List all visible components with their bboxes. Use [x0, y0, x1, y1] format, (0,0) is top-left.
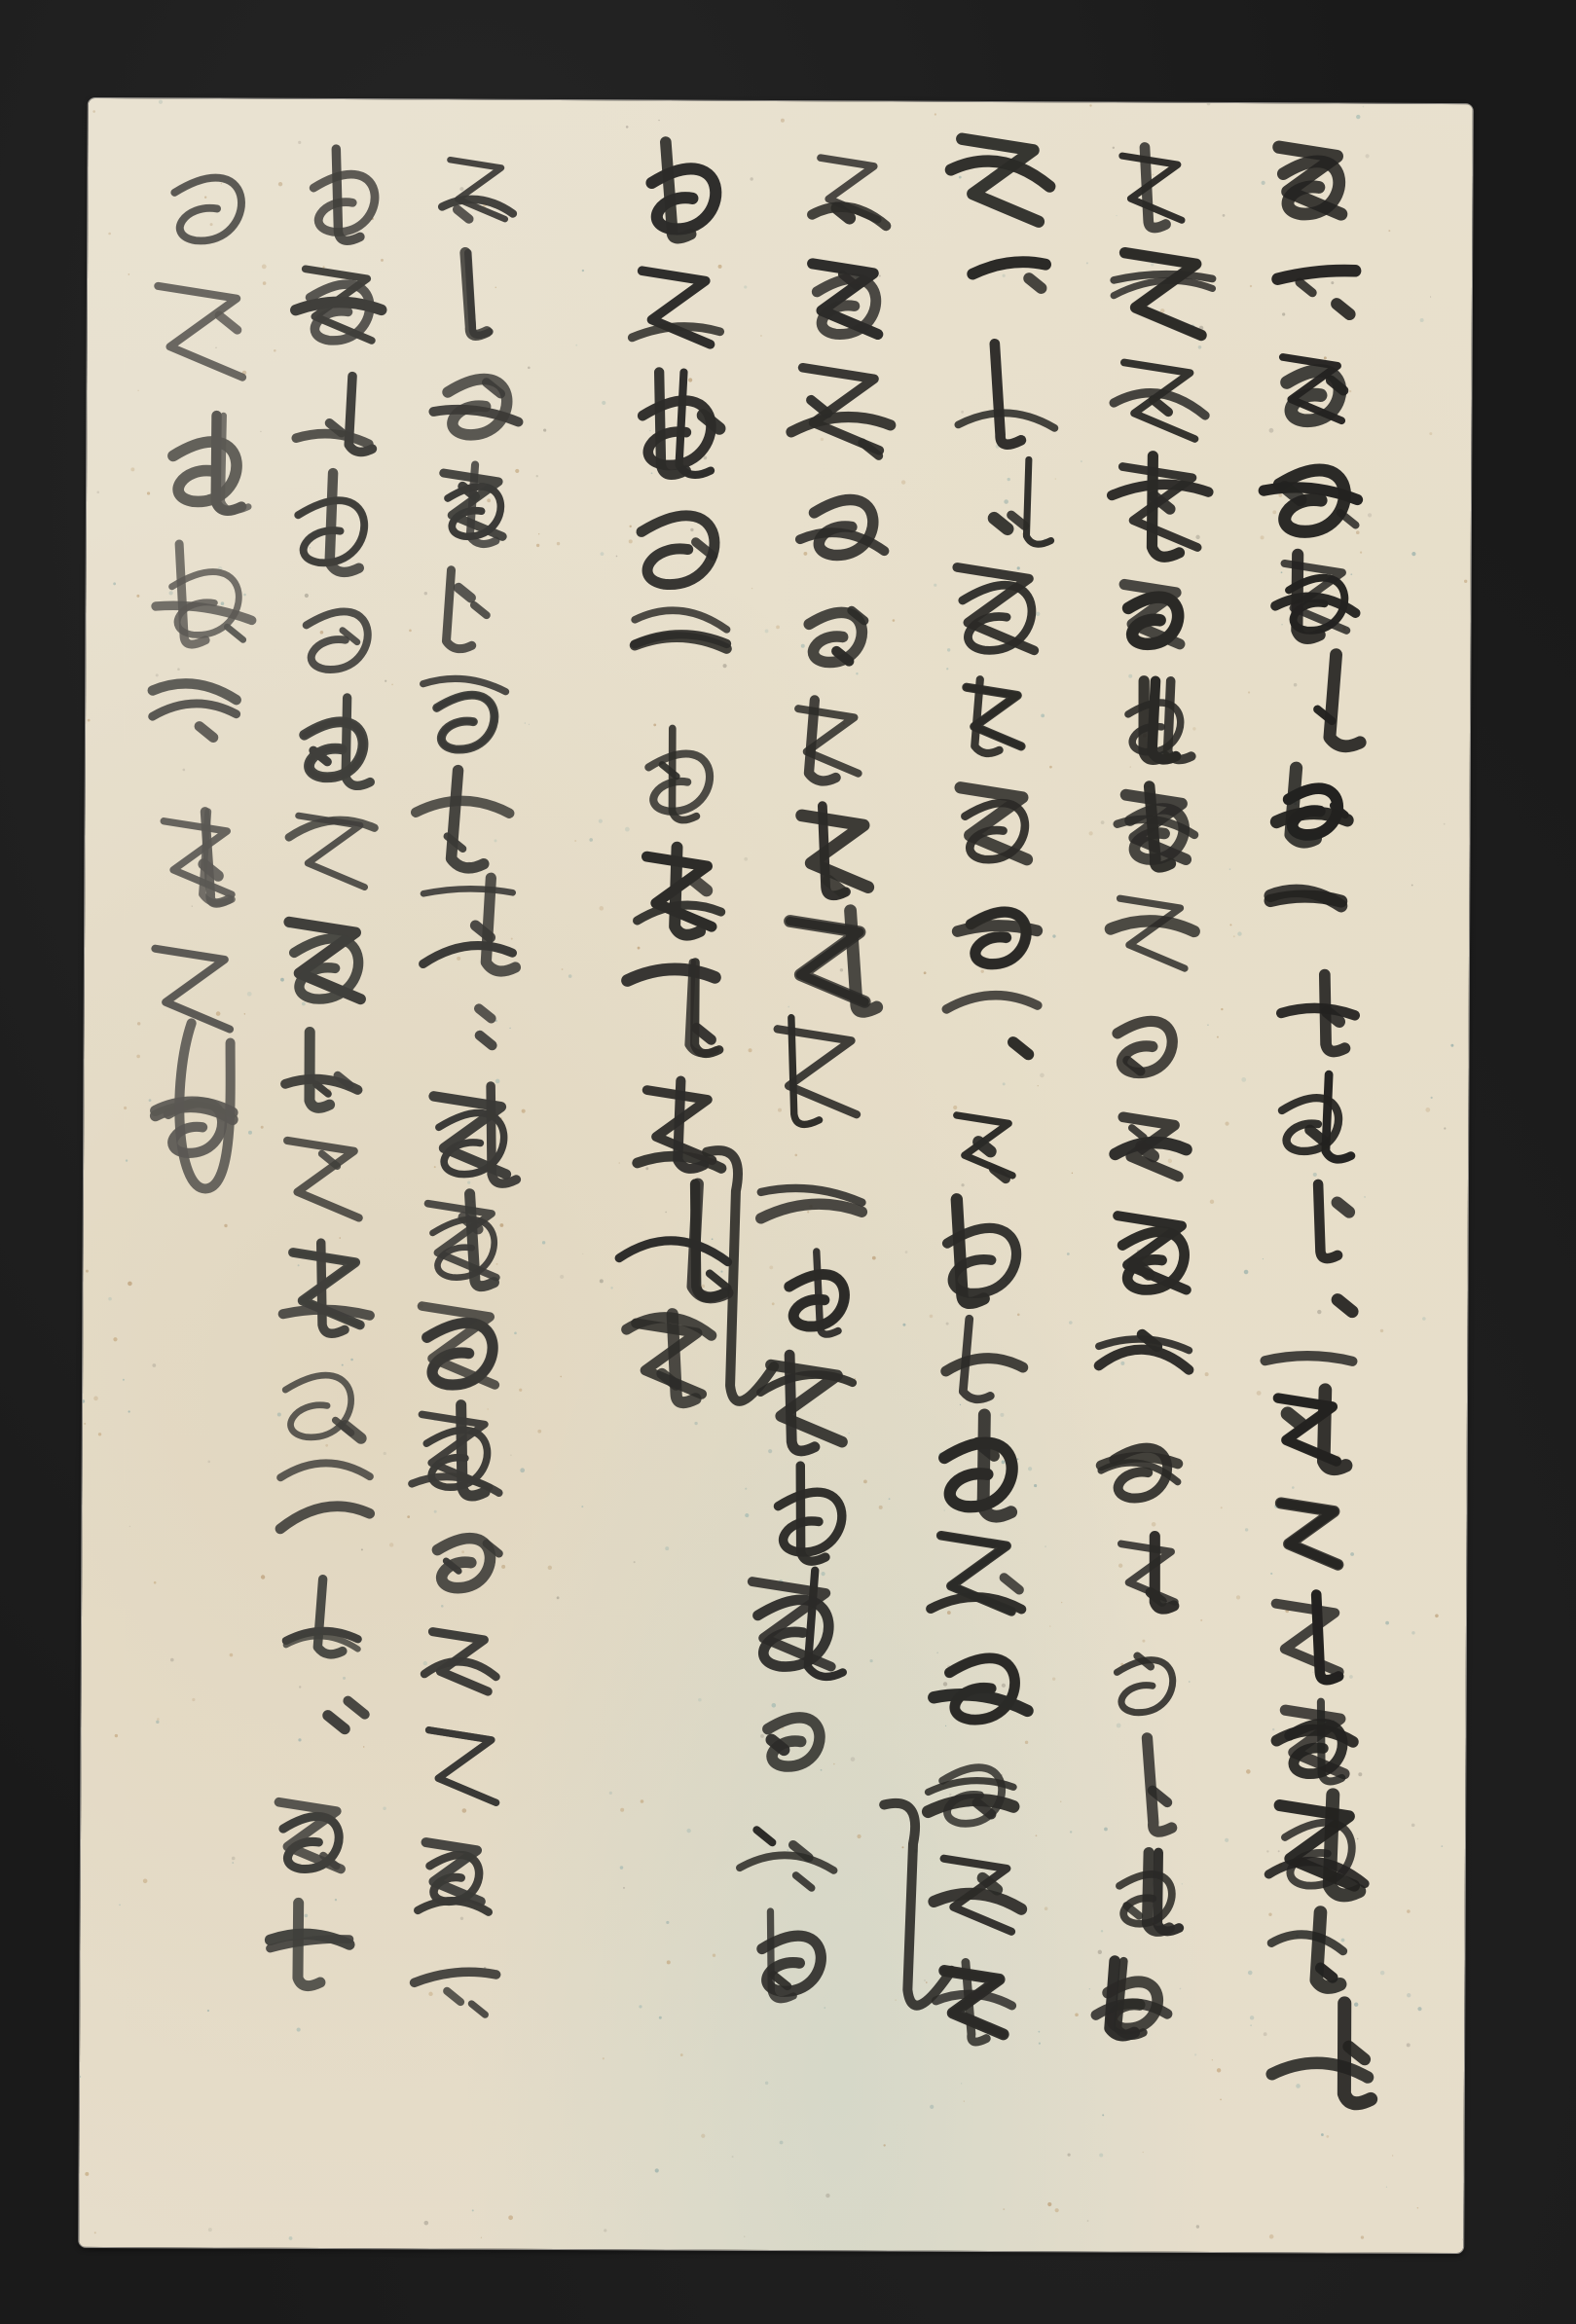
- text-column: [927, 139, 1055, 2043]
- text-column: [739, 158, 892, 2000]
- signature-column: [151, 177, 254, 1153]
- text-column: [1257, 147, 1379, 2103]
- text-column: [618, 142, 732, 1402]
- dark-mount-background: Japanese cursive brush calligraphy (sōsh…: [0, 0, 1576, 2324]
- calligraphy-text: [79, 98, 1473, 2253]
- text-column: [1096, 147, 1213, 2036]
- postcard: Japanese cursive brush calligraphy (sōsh…: [79, 98, 1473, 2253]
- text-column: [270, 149, 382, 1986]
- text-column: [410, 160, 521, 2015]
